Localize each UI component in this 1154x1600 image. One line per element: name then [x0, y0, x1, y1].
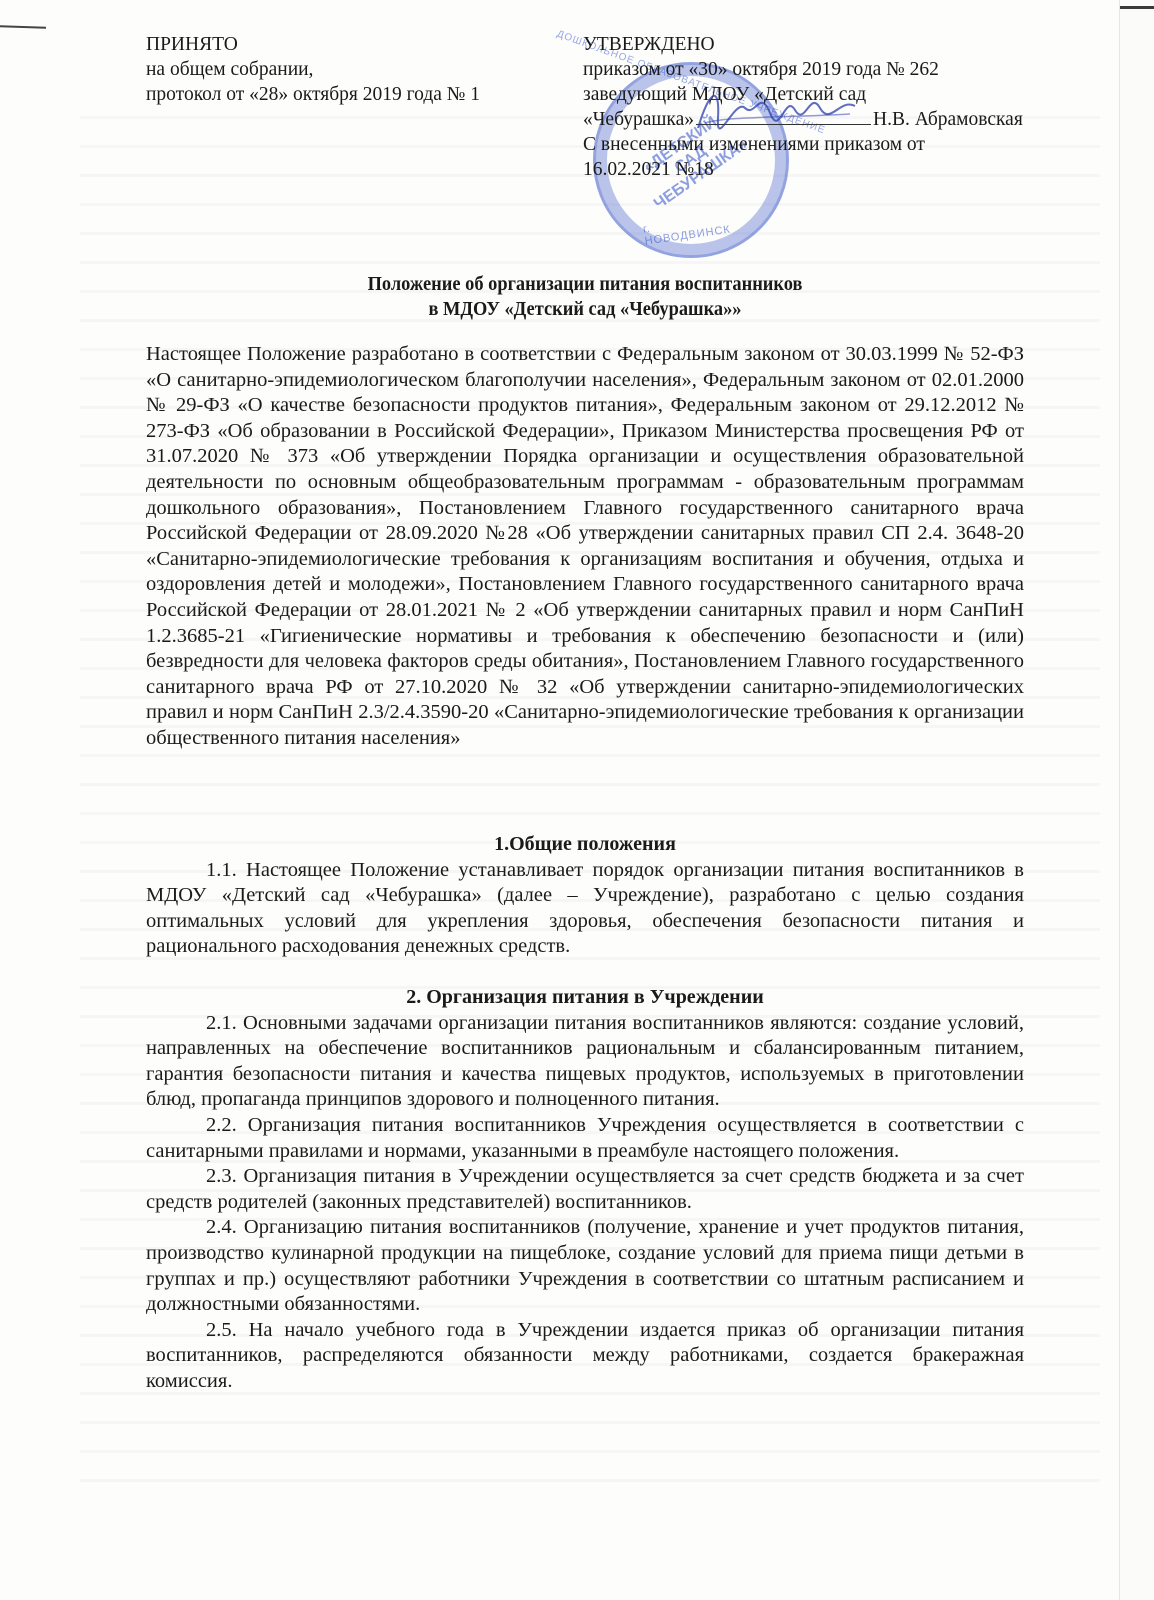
section-heading: 1.Общие положения: [146, 832, 1024, 858]
accepted-line-1: на общем собрании,: [146, 57, 480, 82]
accepted-title: ПРИНЯТО: [146, 32, 480, 57]
section-general-provisions: 1.Общие положения 1.1. Настоящее Положен…: [146, 832, 1024, 960]
scan-mark: [0, 25, 46, 29]
paragraph-1-1: 1.1. Настоящее Положение устанавливает п…: [146, 858, 1024, 960]
paragraph-2-3: 2.3. Организация питания в Учреждении ос…: [146, 1164, 1024, 1215]
accepted-block: ПРИНЯТО на общем собрании, протокол от «…: [146, 32, 480, 107]
paragraph-2-4: 2.4. Организацию питания воспитанников (…: [146, 1215, 1024, 1317]
amendment-line-2: 16.02.2021 №18: [583, 157, 1033, 182]
section-heading: 2. Организация питания в Учреждении: [146, 985, 1024, 1011]
accepted-line-2: протокол от «28» октября 2019 года № 1: [146, 82, 480, 107]
signatory-name: Н.В. Абрамовская: [873, 109, 1023, 130]
page-edge: [1119, 0, 1154, 1600]
signature-icon: [690, 78, 860, 138]
stamp-city: г. НОВОДВИНСК: [642, 211, 739, 248]
scanned-document-page: ПРИНЯТО на общем собрании, протокол от «…: [0, 0, 1154, 1600]
approved-title: УТВЕРЖДЕНО: [583, 32, 1033, 57]
paragraph-2-2: 2.2. Организация питания воспитанников У…: [146, 1113, 1024, 1164]
section-organization: 2. Организация питания в Учреждении 2.1.…: [146, 985, 1024, 1395]
document-title: Положение об организации питания воспита…: [181, 272, 989, 322]
paragraph-2-1: 2.1. Основными задачами организации пита…: [146, 1011, 1024, 1113]
paragraph-2-5: 2.5. На начало учебного года в Учреждени…: [146, 1318, 1024, 1395]
preamble: Настоящее Положение разработано в соотве…: [146, 342, 1024, 752]
preamble-text: Настоящее Положение разработано в соотве…: [146, 342, 1024, 752]
